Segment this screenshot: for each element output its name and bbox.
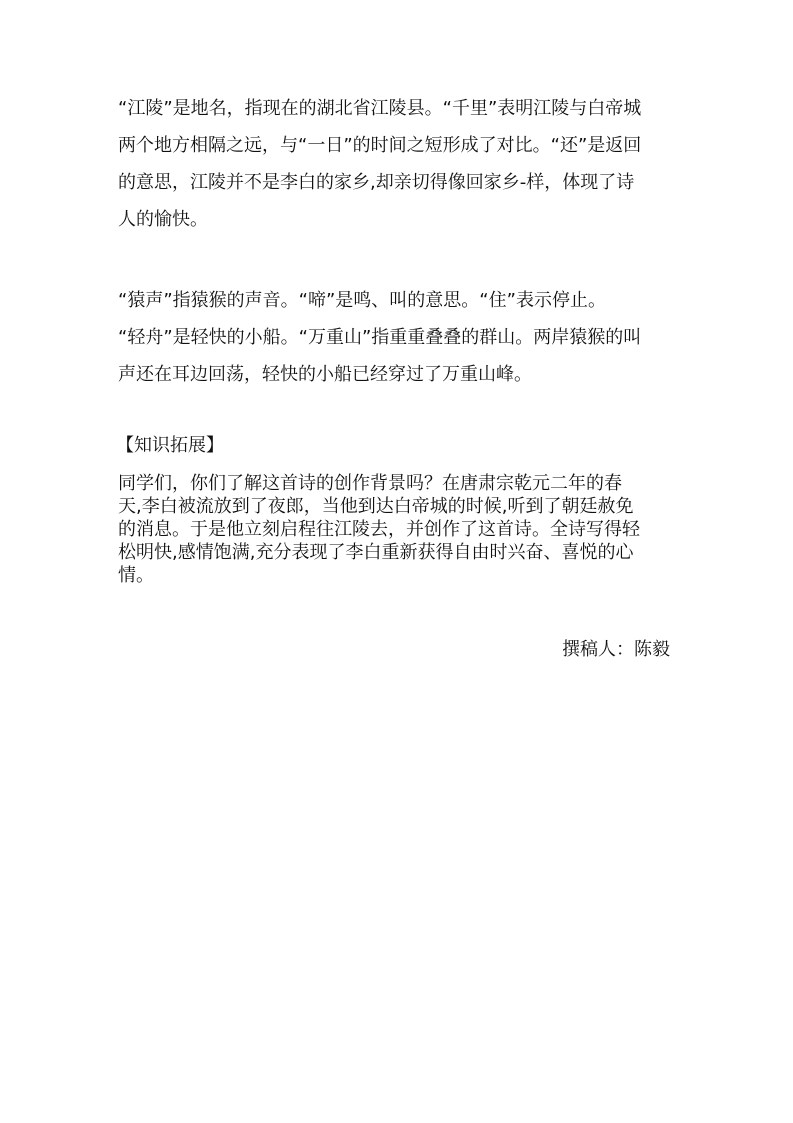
text-line: “轻舟”是轻快的小船。“万重山”指重重叠叠的群山。两岸猿猴的叫 xyxy=(118,319,678,356)
text-line: 同学们，你们了解这首诗的创作背景吗？在唐肃宗乾元二年的春 xyxy=(118,472,678,495)
section-heading-knowledge-extension: 【知识拓展】 xyxy=(116,434,224,458)
text-line: 的意思，江陵并不是李白的家乡,却亲切得像回家乡-样，体现了诗 xyxy=(118,164,678,201)
text-line: 松明快,感情饱满,充分表现了李白重新获得自由时兴奋、喜悦的心 xyxy=(118,541,678,564)
paragraph-background: 同学们，你们了解这首诗的创作背景吗？在唐肃宗乾元二年的春 天,李白被流放到了夜郎… xyxy=(118,472,678,587)
text-line: 声还在耳边回荡，轻快的小船已经穿过了万重山峰。 xyxy=(118,356,678,393)
text-line: 的消息。于是他立刻启程往江陵去，并创作了这首诗。全诗写得轻 xyxy=(118,518,678,541)
text-line: 人的愉快。 xyxy=(118,201,678,238)
text-line: “江陵”是地名，指现在的湖北省江陵县。“千里”表明江陵与白帝城 xyxy=(118,90,678,127)
paragraph-yuansheng-explanation: “猿声”指猿猴的声音。“啼”是鸣、叫的意思。“住”表示停止。 “轻舟”是轻快的小… xyxy=(118,282,678,393)
text-line: 情。 xyxy=(118,564,678,587)
text-line: “猿声”指猿猴的声音。“啼”是鸣、叫的意思。“住”表示停止。 xyxy=(118,282,678,319)
paragraph-jiangling-explanation: “江陵”是地名，指现在的湖北省江陵县。“千里”表明江陵与白帝城 两个地方相隔之远… xyxy=(118,90,678,238)
text-line: 两个地方相隔之远，与“一日”的时间之短形成了对比。“还”是返回 xyxy=(118,127,678,164)
text-line: 天,李白被流放到了夜郎，当他到达白帝城的时候,听到了朝廷赦免 xyxy=(118,495,678,518)
author-credit: 撰稿人：陈毅 xyxy=(562,638,670,662)
